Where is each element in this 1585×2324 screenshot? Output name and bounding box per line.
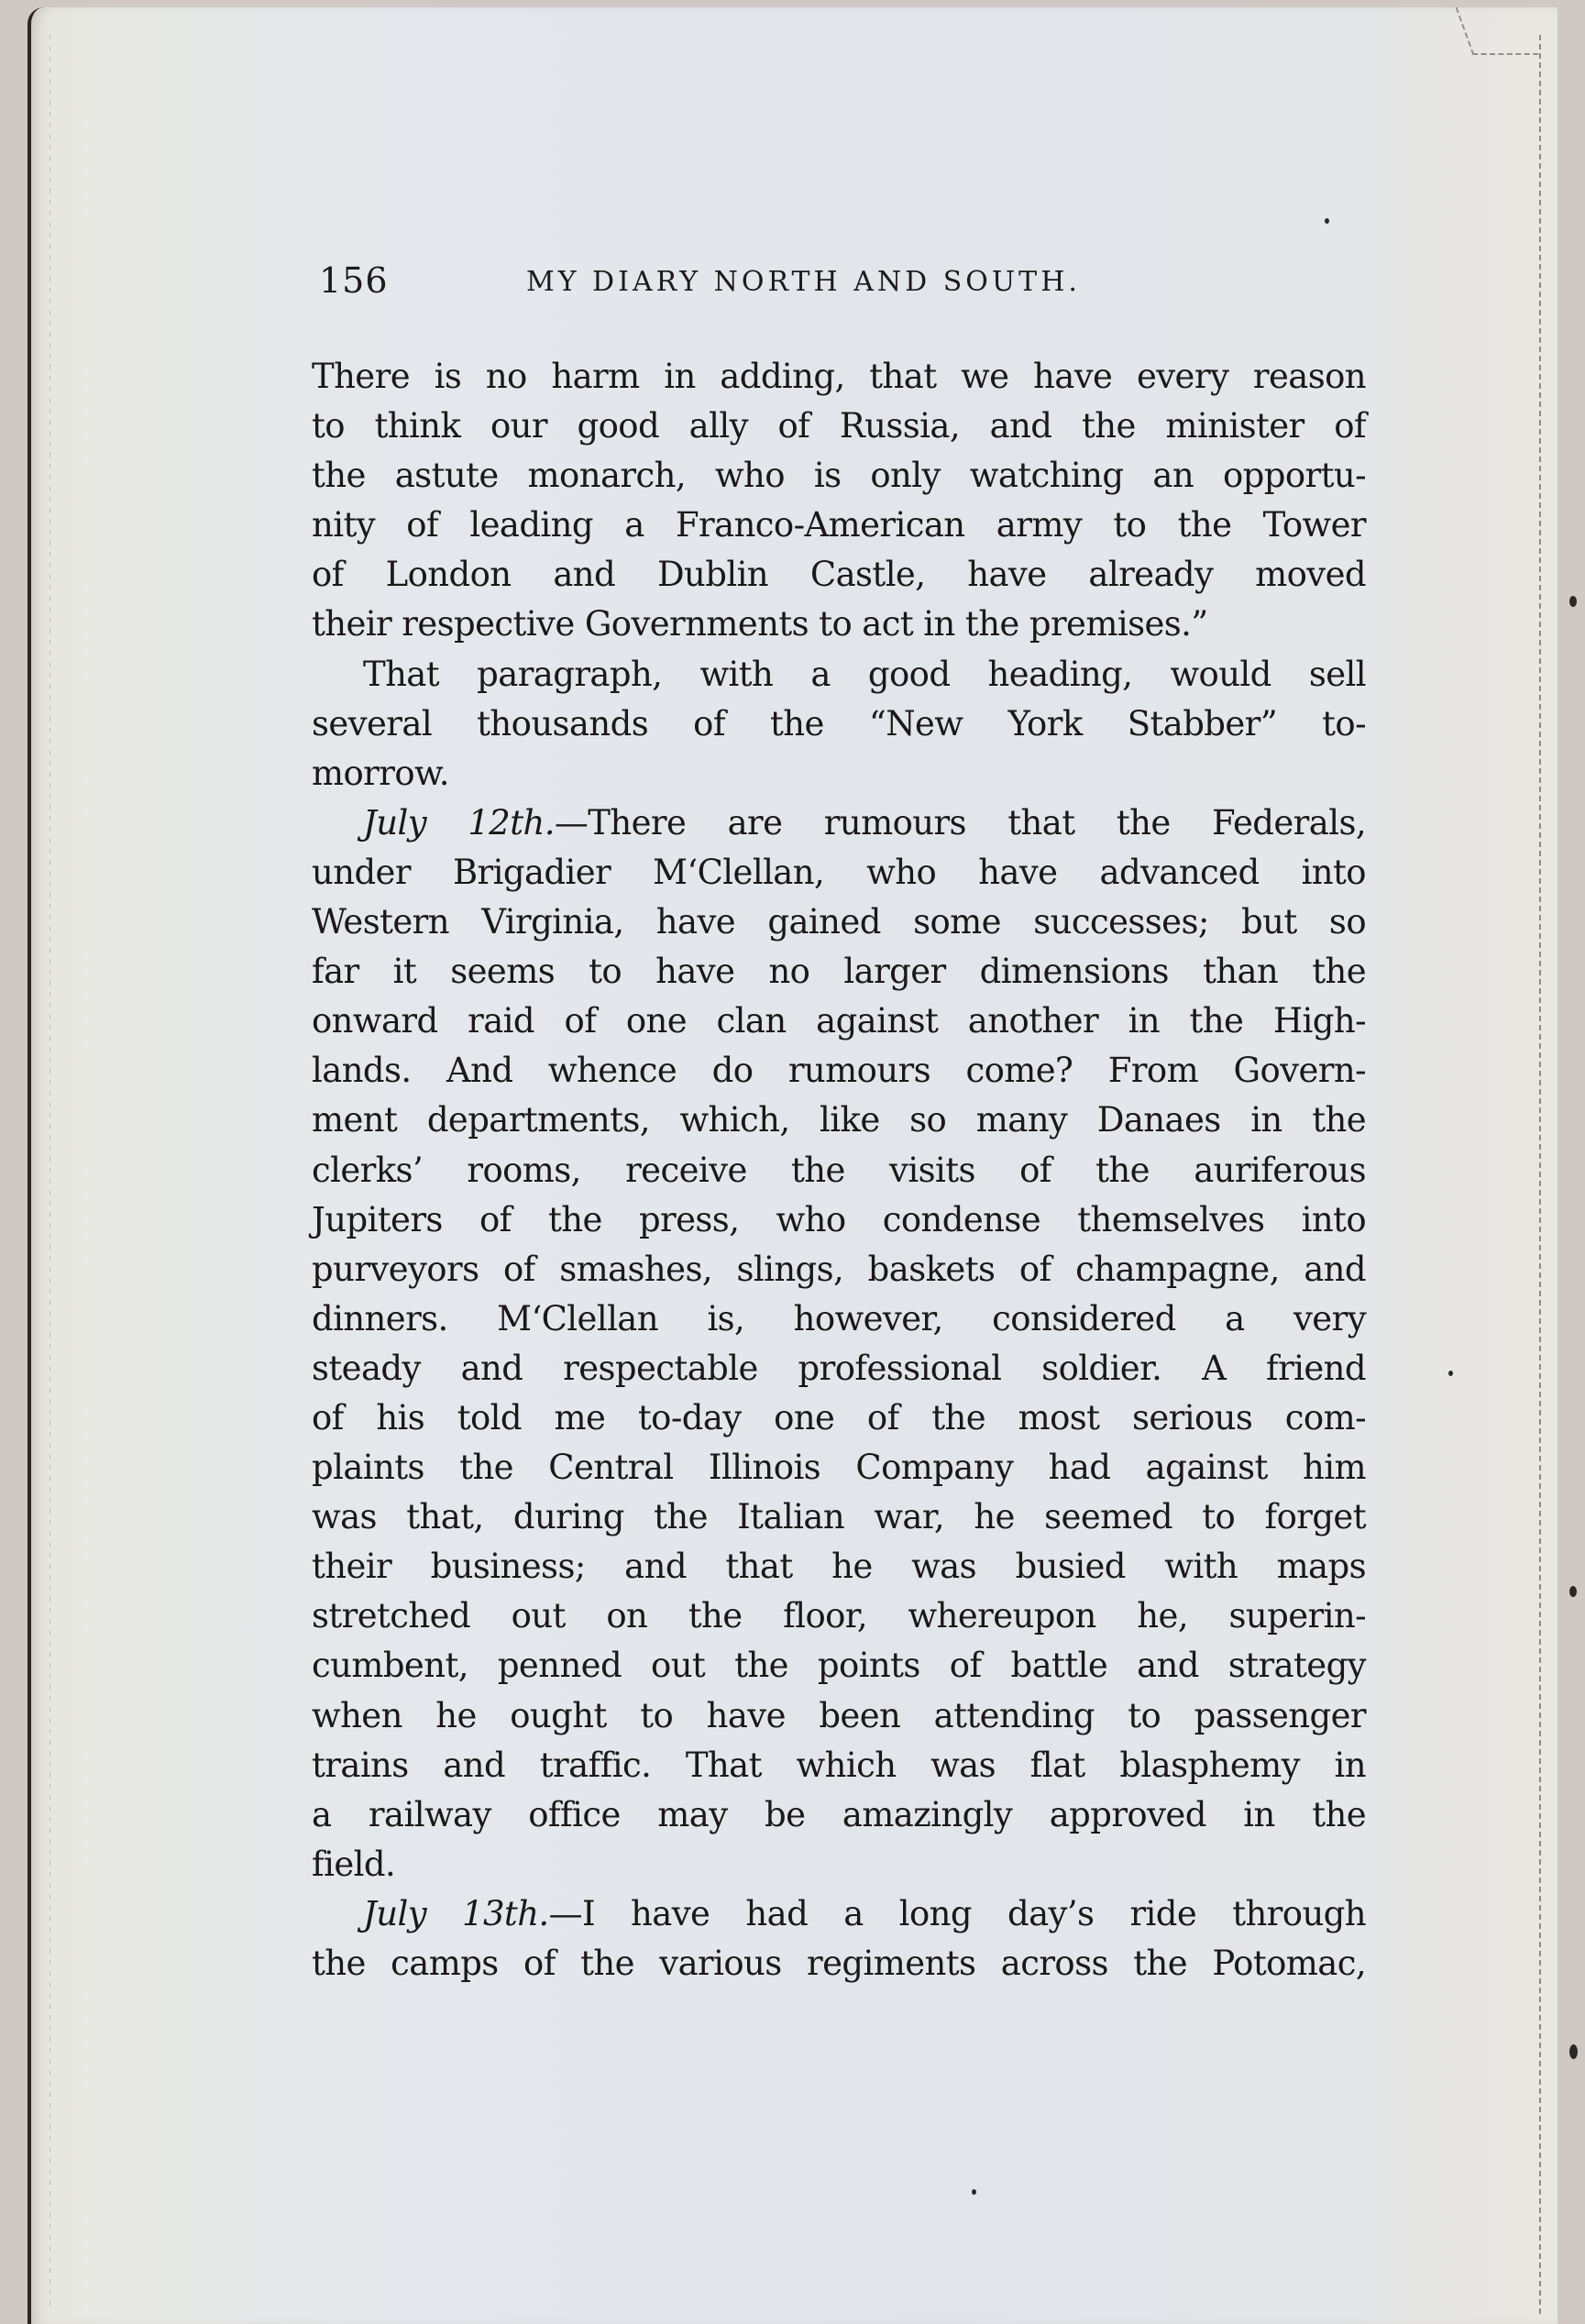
paper-speck xyxy=(1448,1371,1453,1376)
text-line: under Brigadier M‘Clellan, who have adva… xyxy=(312,848,1366,898)
text-line: July 13th.—I have had a long day’s ride … xyxy=(312,1889,1366,1939)
entry-opening: —There are rumours that the Federals, xyxy=(555,803,1366,843)
paper-mark xyxy=(1569,596,1577,607)
paper-mark xyxy=(1569,1586,1577,1597)
text-line: a railway office may be amazingly approv… xyxy=(312,1790,1366,1840)
page-gutter-edge xyxy=(50,35,50,2308)
text-line: the camps of the various regiments acros… xyxy=(312,1939,1366,1988)
text-line: steady and respectable professional sold… xyxy=(312,1344,1366,1393)
body-text: There is no harm in adding, that we have… xyxy=(312,352,1366,1988)
text-line: far it seems to have no larger dimension… xyxy=(312,947,1366,997)
text-line: dinners. M‘Clellan is, however, consider… xyxy=(312,1294,1366,1344)
paragraph: There is no harm in adding, that we have… xyxy=(312,352,1366,650)
text-line: There is no harm in adding, that we have… xyxy=(312,352,1366,402)
text-line: to think our good ally of Russia, and th… xyxy=(312,402,1366,451)
paragraph: That paragraph, with a good heading, wou… xyxy=(312,650,1366,799)
text-line: purveyors of smashes, slings, baskets of… xyxy=(312,1245,1366,1294)
text-line: morrow. xyxy=(312,749,1366,799)
text-line: cumbent, penned out the points of battle… xyxy=(312,1641,1366,1691)
text-line: stretched out on the floor, whereupon he… xyxy=(312,1592,1366,1641)
text-line: their business; and that he was busied w… xyxy=(312,1542,1366,1592)
diary-entry-july-13: July 13th.—I have had a long day’s ride … xyxy=(312,1889,1366,1988)
text-line: when he ought to have been attending to … xyxy=(312,1691,1366,1741)
text-line: onward raid of one clan against another … xyxy=(312,997,1366,1046)
text-line: trains and traffic. That which was flat … xyxy=(312,1741,1366,1790)
paper-speck xyxy=(972,2189,976,2195)
text-line: clerks’ rooms, receive the visits of the… xyxy=(312,1146,1366,1195)
text-line: That paragraph, with a good heading, wou… xyxy=(312,650,1366,699)
paper-speck xyxy=(1325,218,1329,224)
text-line: ment departments, which, like so many Da… xyxy=(312,1096,1366,1145)
running-title: MY DIARY NORTH AND SOUTH. xyxy=(526,266,1081,298)
diary-entry-july-12: July 12th.—There are rumours that the Fe… xyxy=(312,799,1366,1889)
entry-opening: —I have had a long day’s ride through xyxy=(549,1894,1366,1933)
text-line: plaints the Central Illinois Company had… xyxy=(312,1443,1366,1492)
entry-date: July 12th. xyxy=(363,803,555,843)
torn-corner xyxy=(1456,7,1539,55)
text-line: lands. And whence do rumours come? From … xyxy=(312,1046,1366,1096)
text-line: Western Virginia, have gained some succe… xyxy=(312,898,1366,947)
page-fore-edge xyxy=(1539,35,1541,2318)
text-line: the astute monarch, who is only watching… xyxy=(312,451,1366,501)
entry-date: July 13th. xyxy=(363,1894,549,1933)
text-line: was that, during the Italian war, he see… xyxy=(312,1492,1366,1542)
text-line: nity of leading a Franco-American army t… xyxy=(312,501,1366,550)
text-line: their respective Governments to act in t… xyxy=(312,600,1366,649)
text-line: of London and Dublin Castle, have alread… xyxy=(312,550,1366,600)
paper-mark xyxy=(1569,2044,1578,2059)
text-line: field. xyxy=(312,1840,1366,1889)
text-line: Jupiters of the press, who condense them… xyxy=(312,1195,1366,1245)
running-header: 156 MY DIARY NORTH AND SOUTH. xyxy=(319,260,1373,306)
text-line: of his told me to-day one of the most se… xyxy=(312,1393,1366,1443)
page-number: 156 xyxy=(319,260,389,301)
text-line: July 12th.—There are rumours that the Fe… xyxy=(312,799,1366,848)
text-line: several thousands of the “New York Stabb… xyxy=(312,699,1366,749)
